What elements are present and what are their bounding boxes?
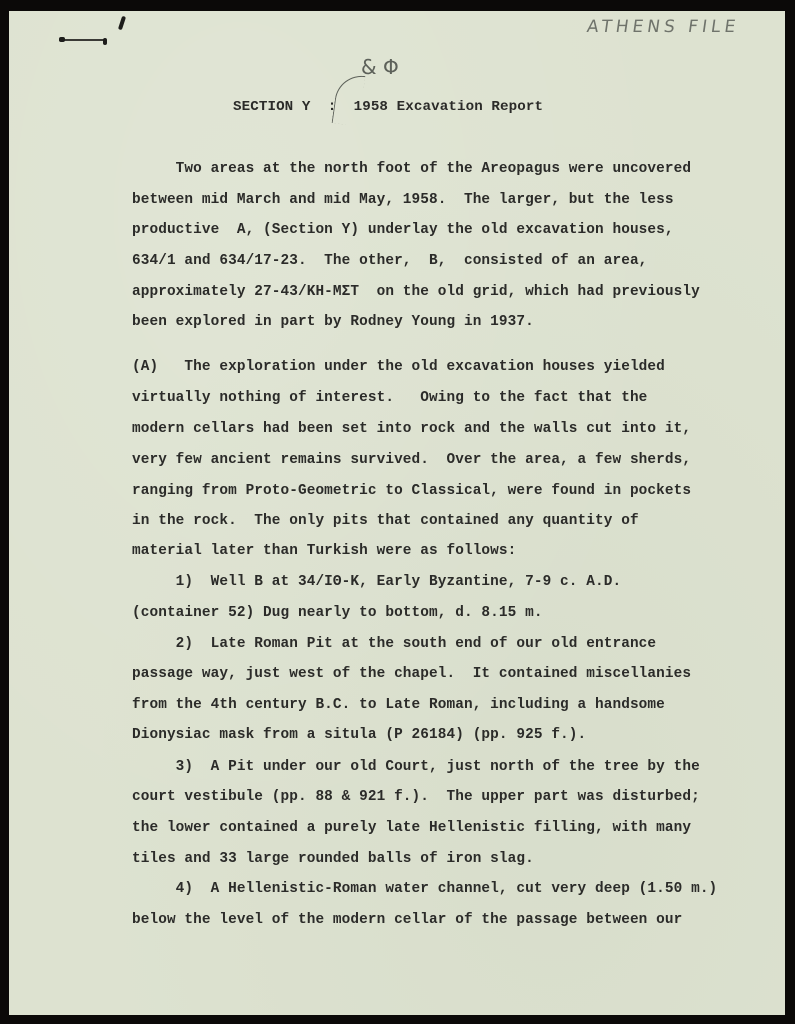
intro-line-5: approximately 27-43/KH-MΣT on the old gr…: [132, 284, 700, 300]
item-3-line-2: court vestibule (pp. 88 & 921 f.). The u…: [132, 789, 700, 805]
item-1-line-1: 1) Well B at 34/IΘ-K, Early Byzantine, 7…: [132, 574, 621, 590]
typewritten-page: ATHENS FILE & Φ SECTION Y : 1958 Excavat…: [9, 11, 785, 1015]
intro-line-4: 634/1 and 634/17-23. The other, B, consi…: [132, 253, 647, 269]
item-3-line-3: the lower contained a purely late Hellen…: [132, 820, 691, 836]
report-title: SECTION Y : 1958 Excavation Report: [233, 99, 543, 115]
section-a-line-6: in the rock. The only pits that containe…: [132, 513, 639, 529]
section-a-line-5: ranging from Proto-Geometric to Classica…: [132, 483, 691, 499]
section-a-line-7: material later than Turkish were as foll…: [132, 543, 516, 559]
handwritten-insert: & Φ: [361, 55, 399, 79]
item-4-line-1: 4) A Hellenistic-Roman water channel, cu…: [132, 881, 717, 897]
item-2-line-1: 2) Late Roman Pit at the south end of ou…: [132, 636, 656, 652]
pen-mark: [118, 16, 126, 31]
item-2-line-2: passage way, just west of the chapel. It…: [132, 666, 691, 682]
intro-line-3: productive A, (Section Y) underlay the o…: [132, 222, 674, 238]
item-1-line-2: (container 52) Dug nearly to bottom, d. …: [132, 605, 543, 621]
section-a-line-4: very few ancient remains survived. Over …: [132, 452, 691, 468]
handwritten-file-label: ATHENS FILE: [586, 17, 741, 37]
item-3-line-1: 3) A Pit under our old Court, just north…: [132, 759, 700, 775]
item-2-line-4: Dionysiac mask from a situla (P 26184) (…: [132, 727, 586, 743]
section-a-line-1: (A) The exploration under the old excava…: [132, 359, 665, 375]
item-4-line-2: below the level of the modern cellar of …: [132, 912, 682, 928]
intro-line-2: between mid March and mid May, 1958. The…: [132, 192, 674, 208]
item-3-line-4: tiles and 33 large rounded balls of iron…: [132, 851, 534, 867]
section-a-line-3: modern cellars had been set into rock an…: [132, 421, 691, 437]
pen-mark-dash: [59, 39, 105, 41]
section-a-line-2: virtually nothing of interest. Owing to …: [132, 390, 647, 406]
intro-line-6: been explored in part by Rodney Young in…: [132, 314, 534, 330]
intro-line-1: Two areas at the north foot of the Areop…: [132, 161, 691, 177]
item-2-line-3: from the 4th century B.C. to Late Roman,…: [132, 697, 665, 713]
